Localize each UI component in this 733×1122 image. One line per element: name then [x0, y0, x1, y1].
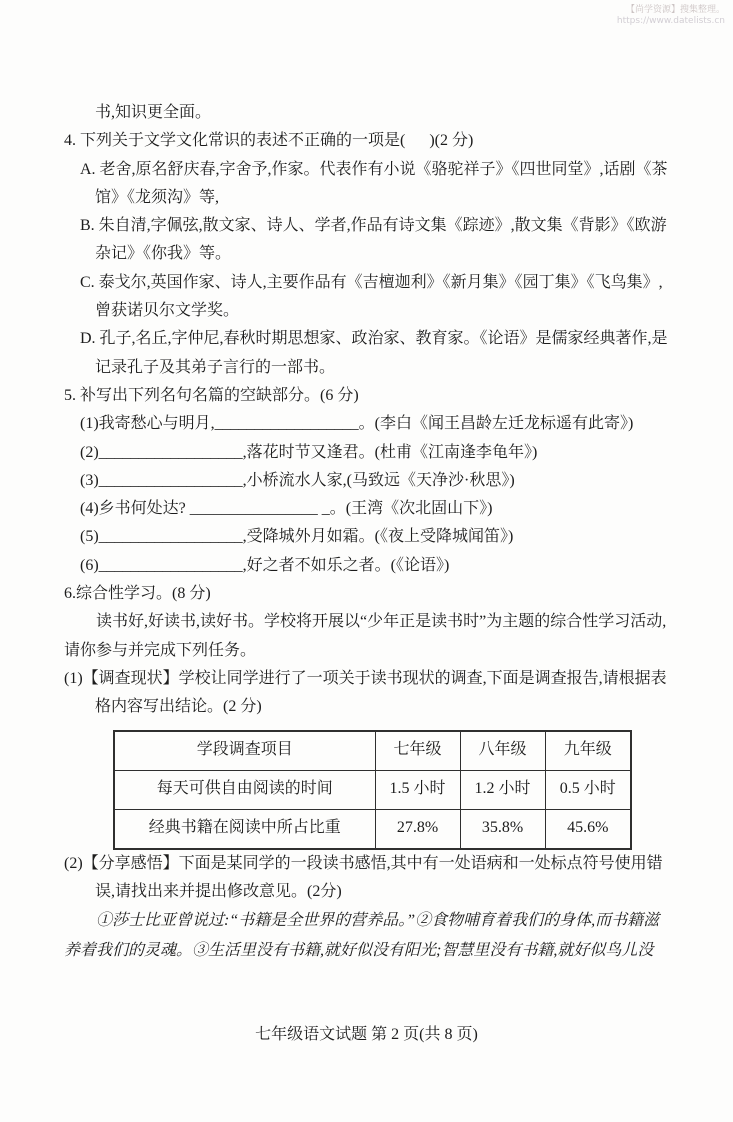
exam-page: { "watermark": { "line1": "【尚学资源】搜集整理。",… — [0, 0, 733, 1122]
watermark: 【尚学资源】搜集整理。 https://www.datelists.cn — [617, 5, 725, 27]
q4-option-b: B. 朱自清,字佩弦,散文家、诗人、学者,作品有诗文集《踪迹》,散文集《背影》《… — [64, 212, 672, 269]
table-row: 每天可供自由阅读的时间 1.5 小时 1.2 小时 0.5 小时 — [114, 770, 631, 809]
q5-stem: 5. 补写出下列名句名篇的空缺部分。(6 分) — [64, 382, 672, 410]
table-row: 经典书籍在阅读中所占比重 27.8% 35.8% 45.6% — [114, 809, 631, 849]
watermark-url-text: https://www.datelists.cn — [617, 16, 725, 27]
q5-item-5: (5)__________________,受降城外月如霜。(《夜上受降城闻笛》… — [64, 523, 672, 551]
page-footer: 七年级语文试题 第 2 页(共 8 页) — [0, 1024, 733, 1046]
table-cell-rowlabel: 经典书籍在阅读中所占比重 — [114, 809, 375, 849]
q3-tail-line: 书,知识更全面。 — [64, 99, 672, 127]
table-header-grade9: 九年级 — [545, 731, 631, 771]
q6-intro: 读书好,好读书,读好书。学校将开展以“少年正是读书时”为主题的综合性学习活动,请… — [64, 608, 672, 665]
q5-item-6: (6)__________________,好之者不如乐之者。(《论语》) — [64, 552, 672, 580]
exam-body: 书,知识更全面。 4. 下列关于文学文化常识的表述不正确的一项是( )(2 分)… — [64, 99, 672, 966]
q4-stem: 4. 下列关于文学文化常识的表述不正确的一项是( )(2 分) — [64, 127, 672, 155]
q6-passage: ①莎士比亚曾说过:“书籍是全世界的营养品。”②食物哺育着我们的身体,而书籍滋养着… — [64, 906, 672, 966]
table-cell-value: 1.2 小时 — [460, 770, 545, 809]
survey-table: 学段调查项目 七年级 八年级 九年级 每天可供自由阅读的时间 1.5 小时 1.… — [113, 730, 632, 850]
q5-item-2: (2)__________________,落花时节又逢君。(杜甫《江南逢李龟年… — [64, 439, 672, 467]
table-cell-rowlabel: 每天可供自由阅读的时间 — [114, 770, 375, 809]
q5-item-1: (1)我寄愁心与明月,__________________。(李白《闻王昌龄左迁… — [64, 410, 672, 438]
table-header-item: 学段调查项目 — [114, 731, 375, 771]
watermark-source-text: 【尚学资源】搜集整理。 — [617, 5, 725, 16]
q5-item-3: (3)__________________,小桥流水人家,(马致远《天净沙·秋思… — [64, 467, 672, 495]
q4-option-a: A. 老舍,原名舒庆春,字舍予,作家。代表作有小说《骆驼祥子》《四世同堂》,话剧… — [64, 156, 672, 213]
q4-option-c: C. 泰戈尔,英国作家、诗人,主要作品有《吉檀迦利》《新月集》《园丁集》《飞鸟集… — [64, 269, 672, 326]
table-header-grade8: 八年级 — [460, 731, 545, 771]
table-header-grade7: 七年级 — [375, 731, 460, 771]
q4-option-d: D. 孔子,名丘,字仲尼,春秋时期思想家、政治家、教育家。《论语》是儒家经典著作… — [64, 325, 672, 382]
q6-stem: 6.综合性学习。(8 分) — [64, 580, 672, 608]
table-cell-value: 45.6% — [545, 809, 631, 849]
table-cell-value: 0.5 小时 — [545, 770, 631, 809]
q6-part2-prompt: (2)【分享感悟】下面是某同学的一段读书感悟,其中有一处语病和一处标点符号使用错… — [64, 850, 672, 907]
q5-item-4: (4)乡书何处达? ________________ _。(王湾《次北固山下》) — [64, 495, 672, 523]
q6-part1-prompt: (1)【调查现状】学校让同学进行了一项关于读书现状的调查,下面是调查报告,请根据… — [64, 665, 672, 722]
table-cell-value: 27.8% — [375, 809, 460, 849]
survey-table-header-row: 学段调查项目 七年级 八年级 九年级 — [114, 731, 631, 771]
table-cell-value: 1.5 小时 — [375, 770, 460, 809]
table-cell-value: 35.8% — [460, 809, 545, 849]
